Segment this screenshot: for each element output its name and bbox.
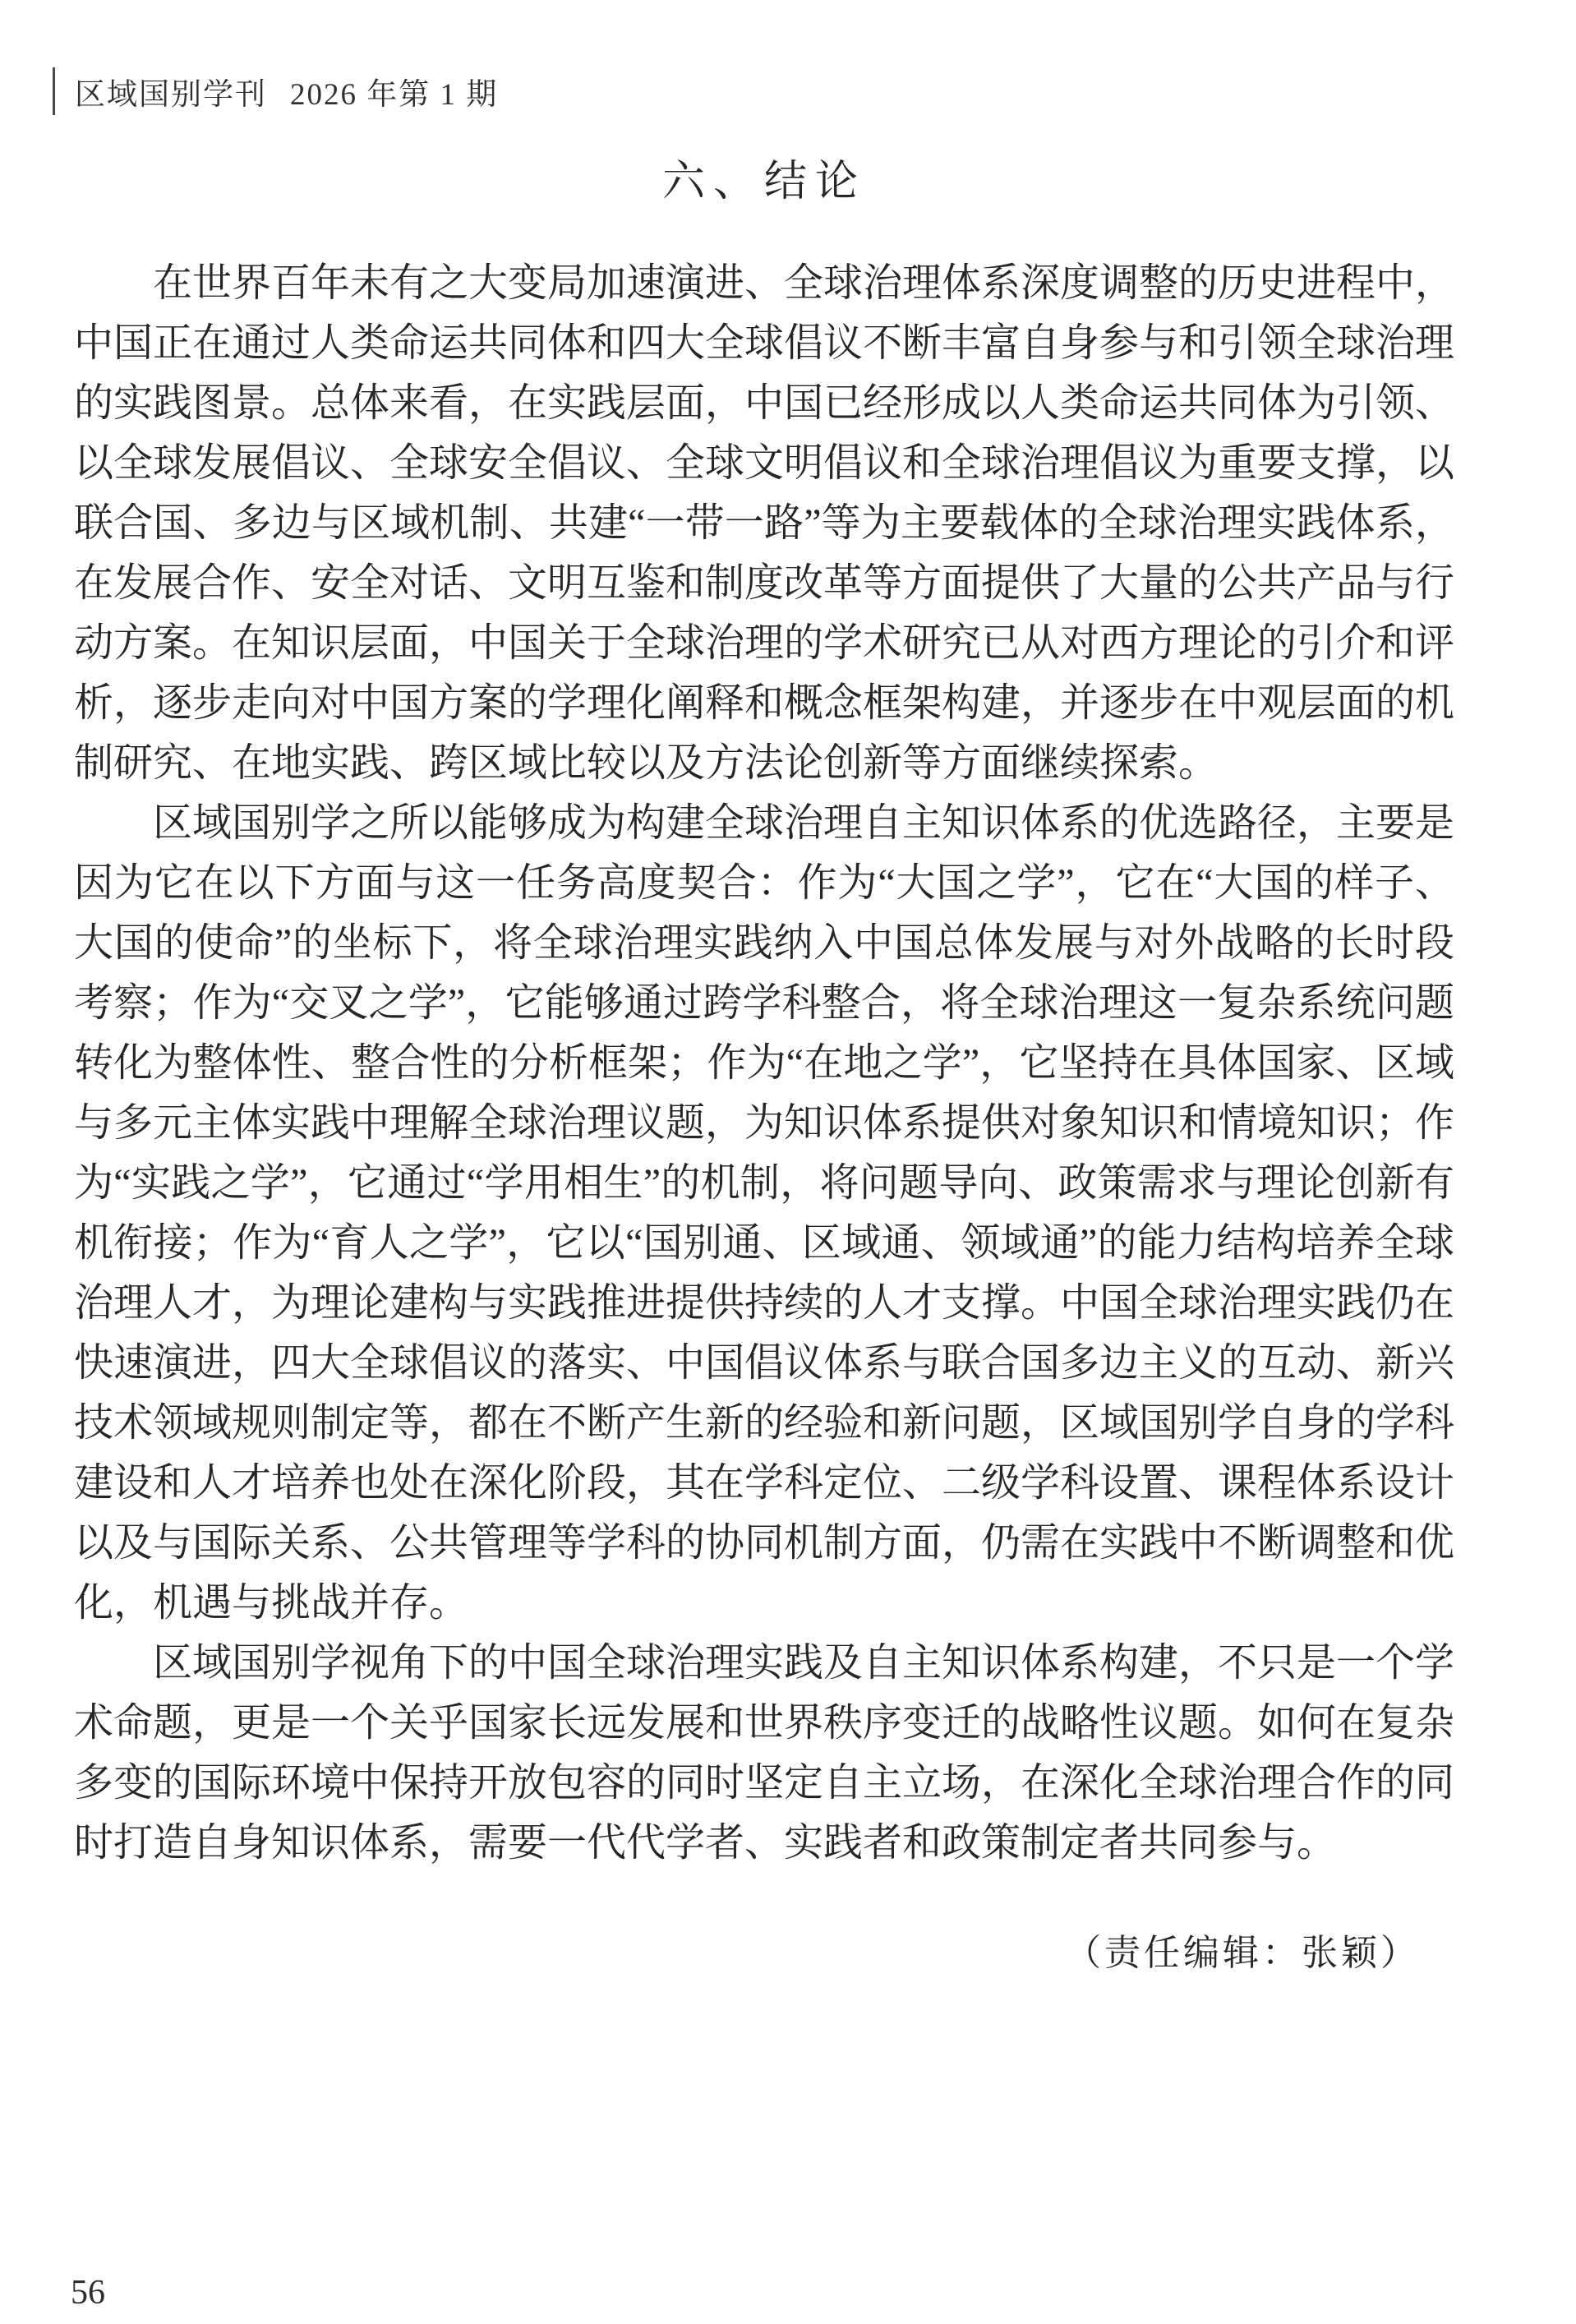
page-number: 56 bbox=[71, 2273, 105, 2312]
article-body: 在世界百年未有之大变局加速演进、全球治理体系深度调整的历史进程中，中国正在通过人… bbox=[74, 253, 1454, 1873]
body-paragraph: 区域国别学视角下的中国全球治理实践及自主知识体系构建，不只是一个学术命题，更是一… bbox=[74, 1633, 1454, 1873]
body-paragraph: 区域国别学之所以能够成为构建全球治理自主知识体系的优选路径，主要是因为它在以下方… bbox=[74, 793, 1454, 1633]
section-title: 六、结论 bbox=[74, 146, 1454, 208]
header-rule-icon bbox=[53, 67, 55, 115]
journal-issue: 2026 年第 1 期 bbox=[290, 69, 498, 113]
editor-note: （责任编辑：张颖） bbox=[74, 1923, 1454, 1976]
body-paragraph: 在世界百年未有之大变局加速演进、全球治理体系深度调整的历史进程中，中国正在通过人… bbox=[74, 253, 1454, 793]
journal-page: 区域国别学刊 2026 年第 1 期 六、结论 在世界百年未有之大变局加速演进、… bbox=[0, 0, 1576, 2324]
running-head: 区域国别学刊 2026 年第 1 期 bbox=[53, 67, 498, 115]
journal-title: 区域国别学刊 bbox=[75, 69, 267, 113]
